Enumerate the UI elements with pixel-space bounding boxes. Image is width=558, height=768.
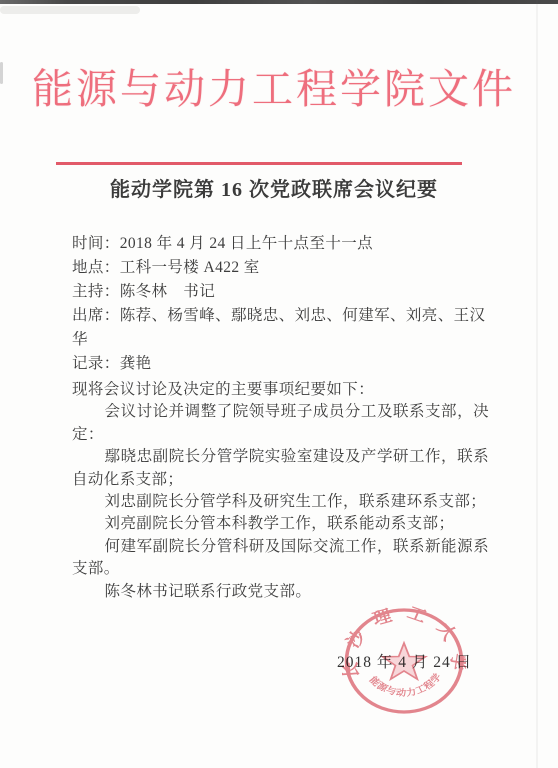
scan-edge-artifact-right xyxy=(536,0,538,768)
meta-line-time: 时间：2018 年 4 月 24 日上午十点至十一点 xyxy=(72,232,492,256)
meta-line-place: 地点：工科一号楼 A422 室 xyxy=(72,256,492,280)
scanned-document-page: 能源与动力工程学院文件 能动学院第 16 次党政联席会议纪要 时间：2018 年… xyxy=(0,0,558,768)
meta-line-attendees: 出席：陈荐、杨雪峰、鄢晓忠、刘忠、何建军、刘亮、王汉华 xyxy=(72,304,492,352)
scan-smudge xyxy=(0,6,140,14)
meta-label: 时间： xyxy=(72,235,120,252)
body-paragraph: 现将会议讨论及决定的主要事项纪要如下： xyxy=(72,379,489,401)
meta-value: 陈冬林 书记 xyxy=(120,283,215,300)
meta-label: 主持： xyxy=(72,283,120,300)
meta-label: 地点： xyxy=(72,259,120,276)
letterhead-divider-line xyxy=(56,162,462,165)
meeting-title: 能动学院第 16 次党政联席会议纪要 xyxy=(0,173,548,202)
meeting-minutes-body: 现将会议讨论及决定的主要事项纪要如下： 会议讨论并调整了院领导班子成员分工及联系… xyxy=(72,379,489,603)
official-seal-stamp: 长沙理工大学 能源与动力工程学院 xyxy=(342,606,466,716)
body-paragraph: 鄢晓忠副院长分管学院实验室建设及产学研工作，联系自动化系支部； xyxy=(72,446,489,491)
meta-line-host: 主持：陈冬林 书记 xyxy=(72,280,492,304)
meta-value: 陈荐、杨雪峰、鄢晓忠、刘忠、何建军、刘亮、王汉华 xyxy=(72,307,485,348)
letterhead-title: 能源与动力工程学院文件 xyxy=(0,56,548,115)
body-paragraph: 刘亮副院长分管本科教学工作，联系能动系支部； xyxy=(72,513,489,535)
body-paragraph: 陈冬林书记联系行政党支部。 xyxy=(72,581,489,603)
body-paragraph: 刘忠副院长分管学科及研究生工作，联系建环系支部； xyxy=(72,491,489,513)
meta-line-recorder: 记录：龚艳 xyxy=(72,352,492,376)
body-paragraph: 何建军副院长分管科研及国际交流工作，联系新能源系支部。 xyxy=(72,536,489,581)
star-icon xyxy=(383,643,426,679)
meta-value: 工科一号楼 A422 室 xyxy=(120,259,260,276)
scan-edge-artifact-top xyxy=(0,0,558,4)
meta-value: 龚艳 xyxy=(120,355,152,372)
meta-label: 出席： xyxy=(72,307,120,324)
meeting-meta-block: 时间：2018 年 4 月 24 日上午十点至十一点 地点：工科一号楼 A422… xyxy=(72,232,492,376)
body-paragraph: 会议讨论并调整了院领导班子成员分工及联系支部，决定： xyxy=(72,401,489,446)
meta-label: 记录： xyxy=(72,355,120,372)
meta-value: 2018 年 4 月 24 日上午十点至十一点 xyxy=(120,235,373,252)
